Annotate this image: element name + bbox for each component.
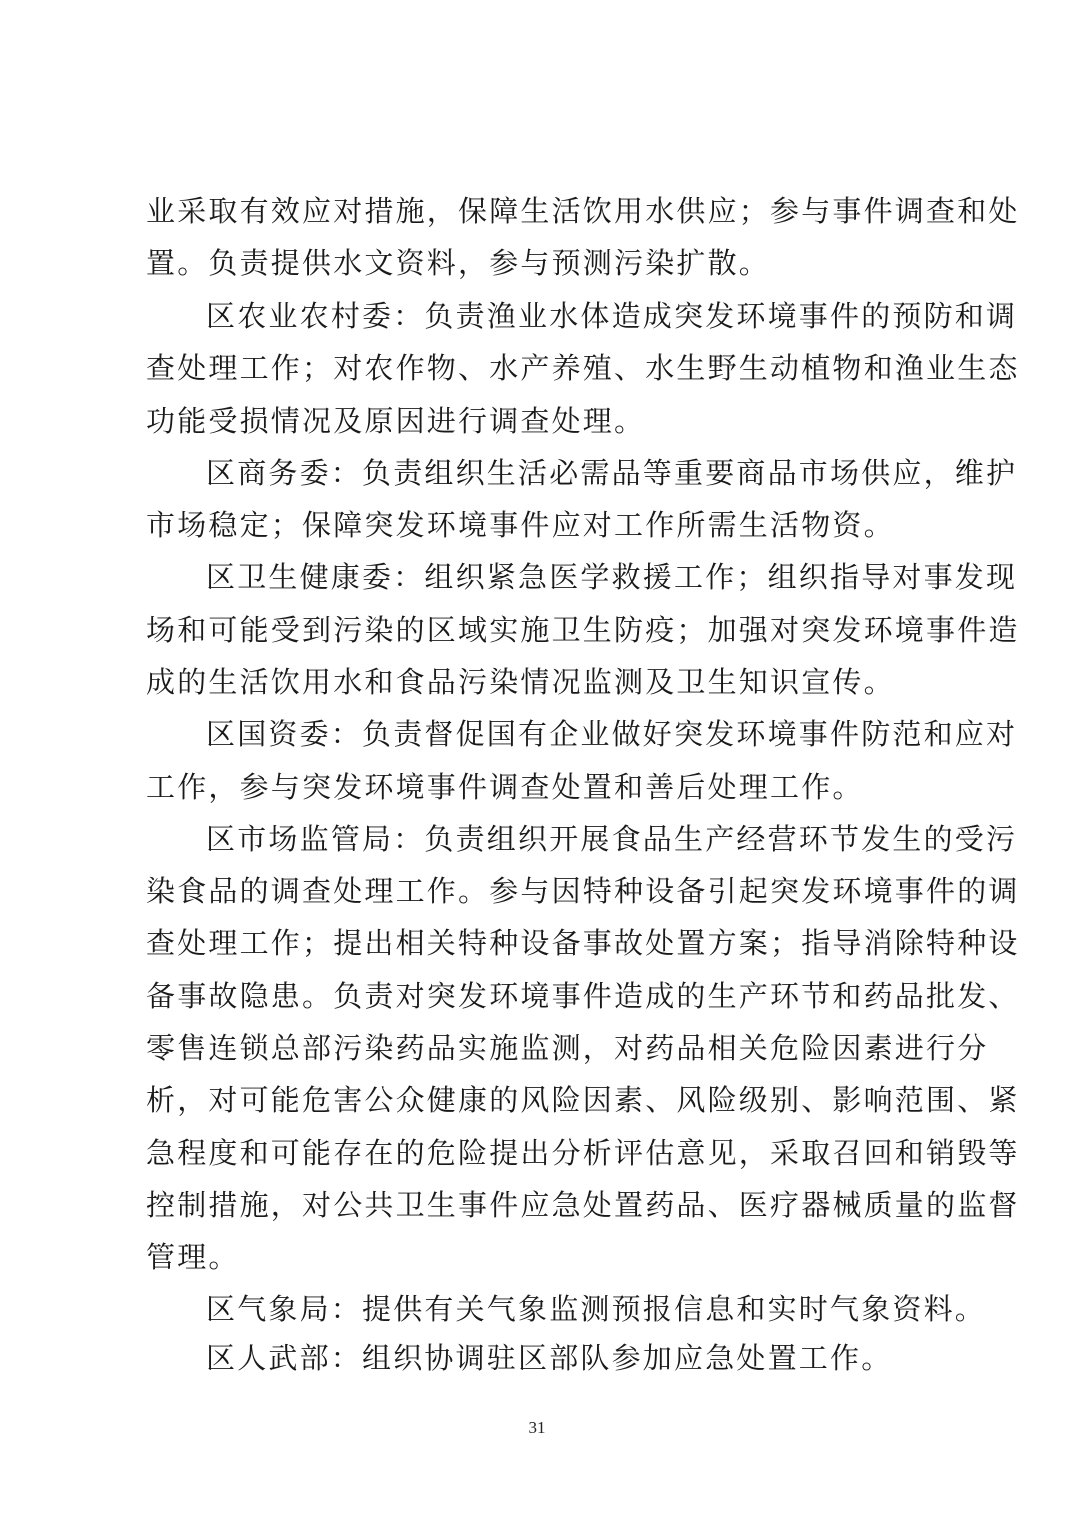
- text-line: 染食品的调查处理工作。参与因特种设备引起突发环境事件的调: [146, 871, 946, 911]
- text-line: 控制措施，对公共卫生事件应急处置药品、医疗器械质量的监督: [146, 1185, 946, 1225]
- text-line: 备事故隐患。负责对突发环境事件造成的生产环节和药品批发、: [146, 976, 946, 1016]
- text-line: 功能受损情况及原因进行调查处理。: [146, 401, 946, 441]
- text-line: 业采取有效应对措施，保障生活饮用水供应；参与事件调查和处: [146, 191, 946, 231]
- text-line: 查处理工作；对农作物、水产养殖、水生野生动植物和渔业生态: [146, 348, 946, 388]
- text-line: 置。负责提供水文资料，参与预测污染扩散。: [146, 243, 946, 283]
- text-line: 区农业农村委：负责渔业水体造成突发环境事件的预防和调: [206, 296, 946, 336]
- text-line: 区商务委：负责组织生活必需品等重要商品市场供应，维护: [206, 453, 946, 493]
- text-line: 析，对可能危害公众健康的风险因素、风险级别、影响范围、紧: [146, 1080, 946, 1120]
- text-line: 区市场监管局：负责组织开展食品生产经营环节发生的受污: [206, 819, 946, 859]
- text-line: 区气象局：提供有关气象监测预报信息和实时气象资料。: [206, 1289, 1006, 1329]
- text-line: 区卫生健康委：组织紧急医学救援工作；组织指导对事发现: [206, 557, 946, 597]
- document-page: 业采取有效应对措施，保障生活饮用水供应；参与事件调查和处 置。负责提供水文资料，…: [0, 0, 1074, 1520]
- page-number: 31: [0, 1418, 1074, 1438]
- text-line: 市场稳定；保障突发环境事件应对工作所需生活物资。: [146, 505, 946, 545]
- text-line: 区国资委：负责督促国有企业做好突发环境事件防范和应对: [206, 714, 946, 754]
- text-line: 零售连锁总部污染药品实施监测，对药品相关危险因素进行分: [146, 1028, 946, 1068]
- text-line: 急程度和可能存在的危险提出分析评估意见，采取召回和销毁等: [146, 1133, 946, 1173]
- text-line: 工作，参与突发环境事件调查处置和善后处理工作。: [146, 767, 946, 807]
- text-line: 查处理工作；提出相关特种设备事故处置方案；指导消除特种设: [146, 923, 946, 963]
- text-line: 场和可能受到污染的区域实施卫生防疫；加强对突发环境事件造: [146, 610, 946, 650]
- text-line: 管理。: [146, 1237, 946, 1277]
- text-line: 成的生活饮用水和食品污染情况监测及卫生知识宣传。: [146, 662, 946, 702]
- text-line: 区人武部：组织协调驻区部队参加应急处置工作。: [206, 1338, 1006, 1378]
